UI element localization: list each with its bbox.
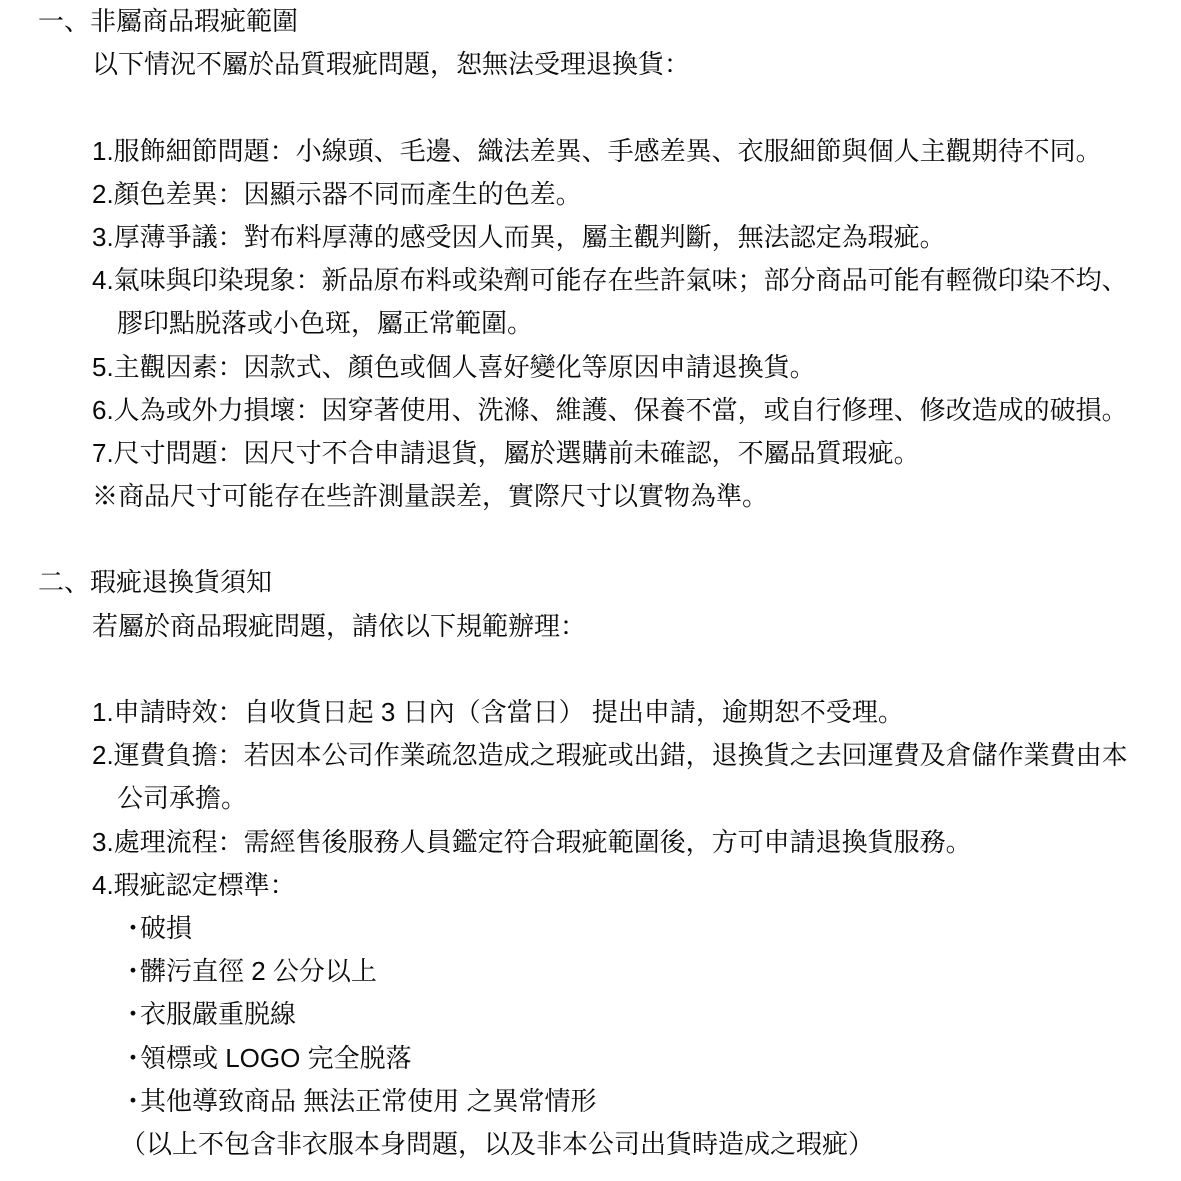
section2-item-4: 4.瑕疵認定標準： xyxy=(0,864,1181,907)
section2-intro: 若屬於商品瑕疵問題，請依以下規範辦理： xyxy=(0,605,1181,648)
section2-footnote: （以上不包含非衣服本身問題，以及非本公司出貨時造成之瑕疵） xyxy=(0,1123,1181,1166)
criteria-bullet-2: ・髒污直徑 2 公分以上 xyxy=(0,950,1181,993)
section2-item-1: 1.申請時效：自收貨日起 3 日內（含當日） 提出申請，逾期恕不受理。 xyxy=(0,691,1181,734)
section1-item-3: 3.厚薄爭議：對布料厚薄的感受因人而異，屬主觀判斷，無法認定為瑕疵。 xyxy=(0,216,1181,259)
bullet-dot-icon: ・ xyxy=(120,950,140,993)
section2-item-2: 2.運費負擔：若因本公司作業疏忽造成之瑕疵或出錯，退換貨之去回運費及倉儲作業費由… xyxy=(0,734,1181,777)
criteria-bullet-4-label: 領標或 LOGO 完全脱落 xyxy=(140,1043,412,1073)
section1-intro: 以下情況不屬於品質瑕疵問題，恕無法受理退換貨： xyxy=(0,43,1181,86)
section2-item-3: 3.處理流程：需經售後服務人員鑑定符合瑕疵範圍後，方可申請退換貨服務。 xyxy=(0,821,1181,864)
section2-heading: 二、瑕疵退換貨須知 xyxy=(0,561,1181,604)
section1-item-4: 4.氣味與印染現象：新品原布料或染劑可能存在些許氣味；部分商品可能有輕微印染不均… xyxy=(0,259,1181,302)
spacer xyxy=(0,518,1181,561)
section1-measurement-note: ※商品尺寸可能存在些許測量誤差，實際尺寸以實物為準。 xyxy=(0,475,1181,518)
section1-item-1: 1.服飾細節問題：小線頭、毛邊、織法差異、手感差異、衣服細節與個人主觀期待不同。 xyxy=(0,130,1181,173)
criteria-bullet-1-label: 破損 xyxy=(140,913,192,943)
section1-item-7: 7.尺寸問題：因尺寸不合申請退貨，屬於選購前未確認，不屬品質瑕疵。 xyxy=(0,432,1181,475)
section1-item-4-continuation: 膠印點脱落或小色斑，屬正常範圍。 xyxy=(0,302,1181,345)
spacer xyxy=(0,86,1181,129)
criteria-bullet-2-label: 髒污直徑 2 公分以上 xyxy=(140,956,377,986)
bullet-dot-icon: ・ xyxy=(120,907,140,950)
section1-item-5: 5.主觀因素：因款式、顏色或個人喜好變化等原因申請退換貨。 xyxy=(0,346,1181,389)
bullet-dot-icon: ・ xyxy=(120,993,140,1036)
bullet-dot-icon: ・ xyxy=(120,1080,140,1123)
bullet-dot-icon: ・ xyxy=(120,1037,140,1080)
criteria-bullet-4: ・領標或 LOGO 完全脱落 xyxy=(0,1037,1181,1080)
criteria-bullet-5: ・其他導致商品 無法正常使用 之異常情形 xyxy=(0,1080,1181,1123)
criteria-bullet-1: ・破損 xyxy=(0,907,1181,950)
spacer xyxy=(0,648,1181,691)
section2-item-2-continuation: 公司承擔。 xyxy=(0,777,1181,820)
return-policy-document: 一、非屬商品瑕疵範圍 以下情況不屬於品質瑕疵問題，恕無法受理退換貨： 1.服飾細… xyxy=(0,0,1181,1166)
section1-item-6: 6.人為或外力損壞：因穿著使用、洗滌、維護、保養不當，或自行修理、修改造成的破損… xyxy=(0,389,1181,432)
criteria-bullet-3: ・衣服嚴重脱線 xyxy=(0,993,1181,1036)
section1-item-2: 2.顏色差異：因顯示器不同而產生的色差。 xyxy=(0,173,1181,216)
criteria-bullet-3-label: 衣服嚴重脱線 xyxy=(140,999,296,1029)
section1-heading: 一、非屬商品瑕疵範圍 xyxy=(0,0,1181,43)
criteria-bullet-5-label: 其他導致商品 無法正常使用 之異常情形 xyxy=(140,1086,596,1116)
